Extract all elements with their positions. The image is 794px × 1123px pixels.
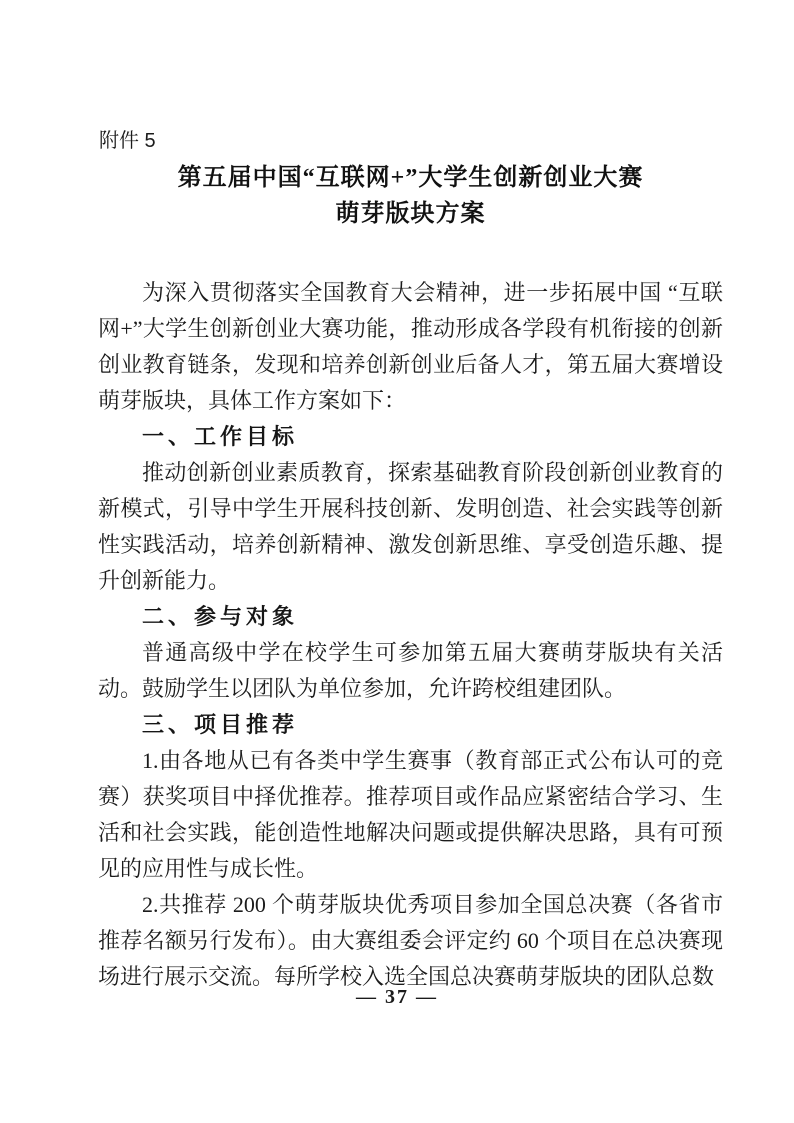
document-page: 附件 5 第五届中国“互联网+”大学生创新创业大赛 萌芽版块方案 为深入贯彻落实…: [0, 0, 794, 1123]
paragraph-participants: 普通高级中学在校学生可参加第五届大赛萌芽版块有关活动。鼓励学生以团队为单位参加，…: [98, 635, 723, 707]
attachment-label: 附件 5: [99, 128, 156, 154]
paragraph-recommendation-1: 1.由各地从已有各类中学生赛事（教育部正式公布认可的竞赛）获奖项目中择优推荐。推…: [98, 743, 723, 887]
page-number: — 37 —: [0, 986, 794, 1009]
paragraph-recommendation-2: 2.共推荐 200 个萌芽版块优秀项目参加全国总决赛（各省市推荐名额另行发布）。…: [98, 887, 723, 995]
section-heading-goals: 一、工作目标: [98, 419, 723, 455]
document-title-line1: 第五届中国“互联网+”大学生创新创业大赛: [98, 160, 723, 196]
intro-paragraph: 为深入贯彻落实全国教育大会精神，进一步拓展中国 “互联网+”大学生创新创业大赛功…: [98, 275, 723, 419]
paragraph-goals: 推动创新创业素质教育，探索基础教育阶段创新创业教育的新模式，引导中学生开展科技创…: [98, 455, 723, 599]
document-title: 第五届中国“互联网+”大学生创新创业大赛 萌芽版块方案: [98, 160, 723, 232]
section-heading-recommendation: 三、项目推荐: [98, 707, 723, 743]
document-body: 为深入贯彻落实全国教育大会精神，进一步拓展中国 “互联网+”大学生创新创业大赛功…: [98, 275, 723, 995]
document-title-line2: 萌芽版块方案: [98, 196, 723, 232]
section-heading-participants: 二、参与对象: [98, 599, 723, 635]
